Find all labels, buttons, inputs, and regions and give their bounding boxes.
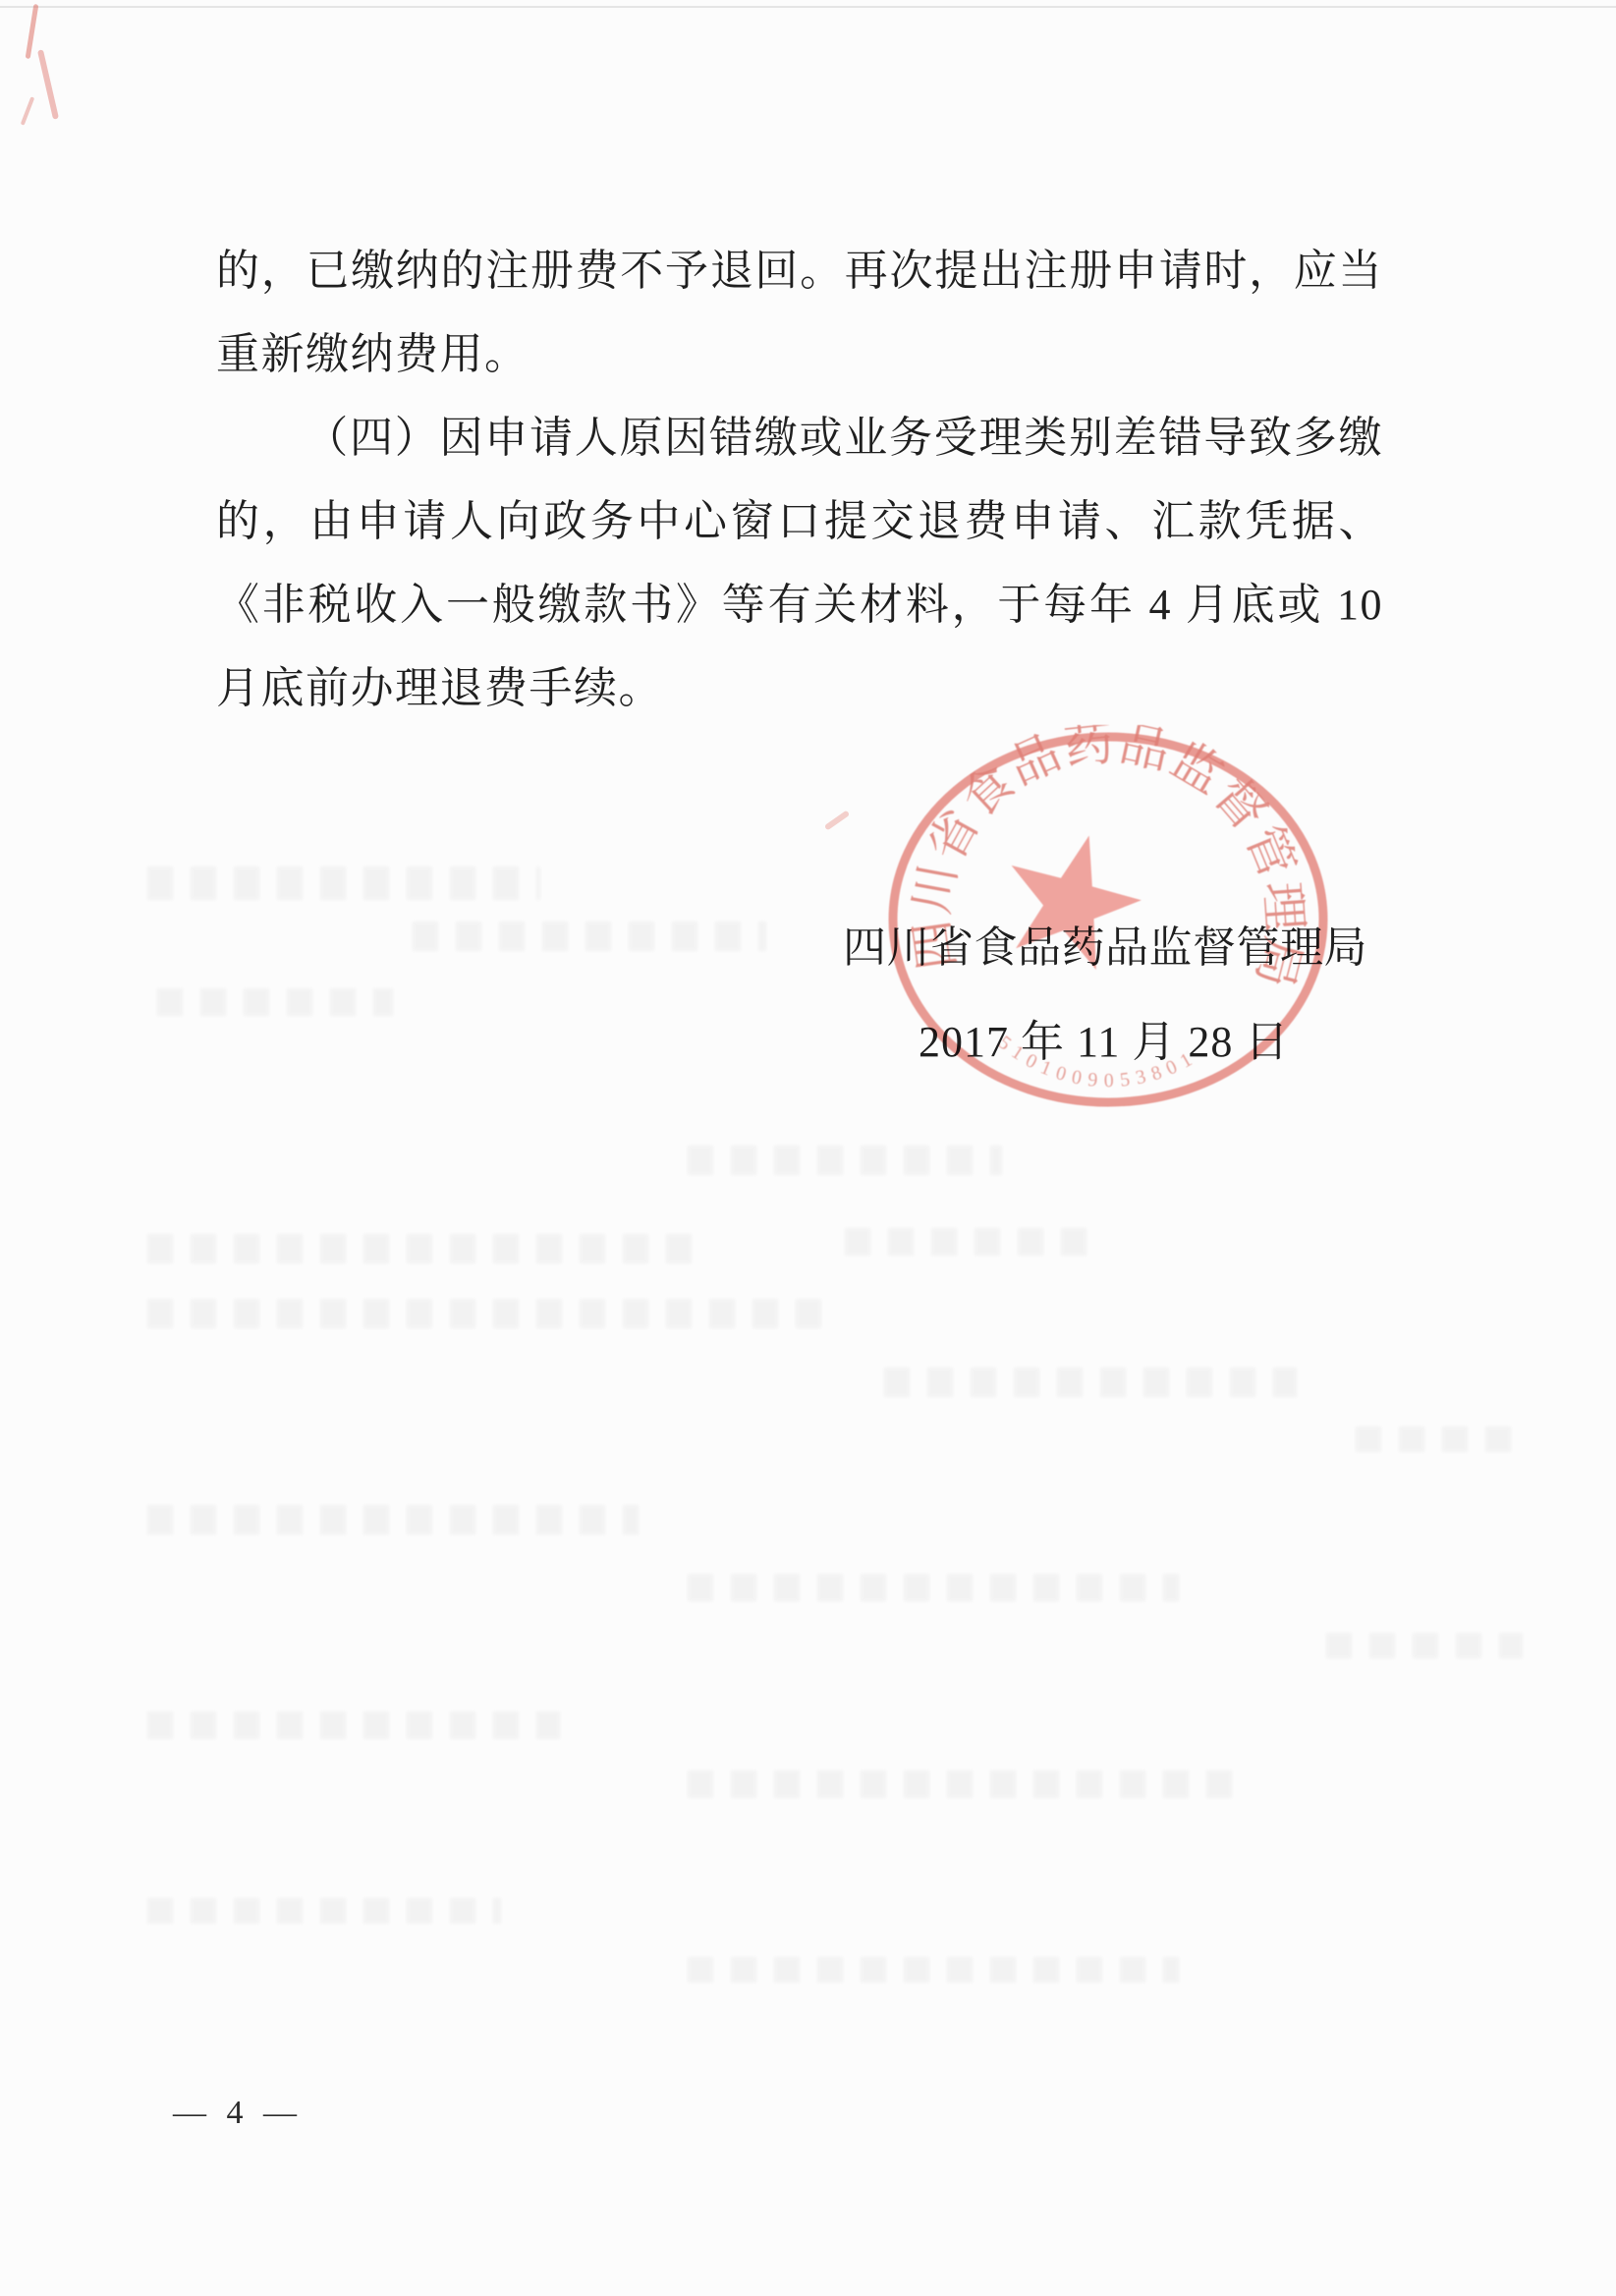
- seal-serial-number: 5101009053801: [994, 1032, 1201, 1092]
- svg-text:5101009053801: 5101009053801: [994, 1032, 1201, 1092]
- seal-star-icon: [991, 818, 1154, 977]
- bleed-through-smudge: [845, 1228, 1100, 1256]
- scan-edge-line: [0, 6, 1616, 8]
- bleed-through-smudge: [688, 1957, 1179, 1983]
- bleed-through-smudge: [688, 1574, 1179, 1601]
- official-red-seal: 四川省食品药品监督管理局 5101009053801: [882, 725, 1334, 1118]
- scanned-document-page: 的，已缴纳的注册费不予退回。再次提出注册申请时，应当重新缴纳费用。 （四）因申请…: [0, 0, 1616, 2296]
- bleed-through-smudge: [147, 1234, 697, 1263]
- seal-arc-text: 四川省食品药品监督管理局: [903, 725, 1312, 995]
- bleed-through-smudge: [147, 1898, 501, 1924]
- paragraph-item-four: （四）因申请人原因错缴或业务受理类别差错导致多缴的，由申请人向政务中心窗口提交退…: [216, 396, 1383, 730]
- bleed-through-smudge: [1356, 1427, 1513, 1452]
- red-ink-smudge: [21, 96, 34, 125]
- red-ink-fleck: [824, 811, 850, 831]
- bleed-through-smudge: [147, 1299, 835, 1328]
- bleed-through-smudge: [147, 1505, 639, 1535]
- bleed-through-smudge: [1326, 1633, 1523, 1658]
- bleed-through-smudge: [688, 1146, 1002, 1175]
- bleed-through-smudge: [147, 867, 540, 900]
- bleed-through-smudge: [147, 1711, 560, 1739]
- bleed-through-smudge: [688, 1770, 1238, 1798]
- page-number: — 4 —: [173, 2095, 303, 2132]
- svg-text:四川省食品药品监督管理局: 四川省食品药品监督管理局: [903, 725, 1312, 995]
- bleed-through-smudge: [413, 922, 766, 951]
- bleed-through-smudge: [157, 988, 393, 1016]
- bleed-through-smudge: [884, 1368, 1297, 1397]
- red-ink-smudge: [37, 49, 59, 120]
- red-ink-smudge: [26, 4, 39, 59]
- paragraph-continued: 的，已缴纳的注册费不予退回。再次提出注册申请时，应当重新缴纳费用。: [216, 229, 1383, 396]
- document-body-text: 的，已缴纳的注册费不予退回。再次提出注册申请时，应当重新缴纳费用。 （四）因申请…: [216, 229, 1383, 730]
